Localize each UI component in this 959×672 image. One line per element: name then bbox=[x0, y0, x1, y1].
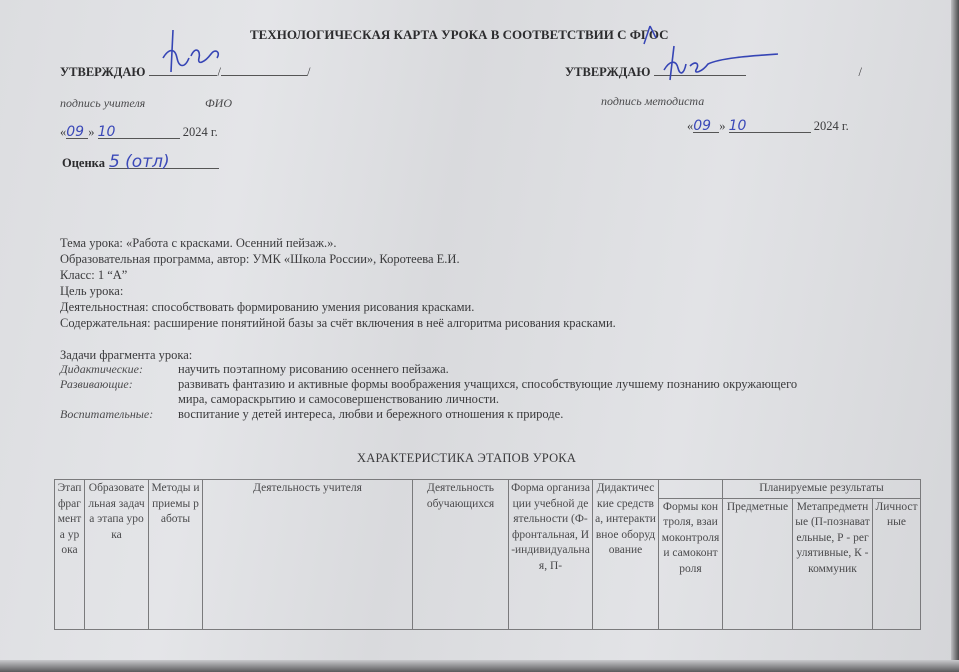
tasks-label: Задачи фрагмента урока: bbox=[60, 347, 192, 363]
methodist-date-month: 10 bbox=[729, 118, 811, 133]
header-subject-results: Предметные bbox=[723, 498, 793, 629]
teacher-approve-label: УТВЕРЖДАЮ bbox=[60, 65, 145, 79]
header-methods: Методы и приемы работы bbox=[149, 480, 203, 630]
header-empty-cell bbox=[659, 480, 723, 499]
teacher-date-day: 09 bbox=[66, 124, 88, 139]
lesson-program: Образовательная программа, автор: УМК «Ш… bbox=[60, 251, 616, 267]
teacher-signature-caption: подпись учителя bbox=[60, 96, 145, 111]
lesson-goal-label: Цель урока: bbox=[60, 283, 616, 299]
task-developing-type: Развивающие: bbox=[60, 377, 133, 392]
teacher-name-line bbox=[221, 63, 307, 76]
task-developing-text-cont: мира, самораскрытию и самосовершенствова… bbox=[178, 392, 499, 407]
header-control-forms: Формы контроля, взаимоконтроля и самокон… bbox=[659, 498, 723, 629]
task-educational-text: воспитание у детей интереса, любви и бер… bbox=[178, 407, 563, 422]
lesson-class: Класс: 1 “А” bbox=[60, 267, 616, 283]
header-stage: Этап фрагмента урока bbox=[55, 480, 85, 630]
header-educational-task: Образовательная задача этапа урока bbox=[85, 480, 149, 630]
lesson-info: Тема урока: «Работа с красками. Осенний … bbox=[60, 235, 616, 331]
header-didactic-means: Дидактические средства, интерактивное об… bbox=[593, 480, 659, 630]
handwritten-mark bbox=[640, 24, 660, 46]
teacher-approval-date: «09» 10 2024 г. bbox=[60, 124, 218, 140]
methodist-approve-label: УТВЕРЖДАЮ bbox=[565, 65, 650, 79]
task-didactic-text: научить поэтапному рисованию осеннего пе… bbox=[178, 362, 449, 377]
lesson-topic: Тема урока: «Работа с красками. Осенний … bbox=[60, 235, 616, 251]
methodist-signature bbox=[660, 44, 780, 84]
header-planned-results: Планируемые результаты bbox=[723, 480, 921, 499]
header-teacher-activity: Деятельность учителя bbox=[203, 480, 413, 630]
lesson-goal-content: Содержательная: расширение понятийной ба… bbox=[60, 315, 616, 331]
teacher-date-year: 2024 г. bbox=[183, 125, 218, 139]
methodist-approval-date: «09» 10 2024 г. bbox=[687, 118, 849, 134]
lesson-stages-table: Этап фрагмента урока Образовательная зад… bbox=[54, 479, 921, 630]
task-didactic-type: Дидактические: bbox=[60, 362, 143, 377]
stages-section-title: ХАРАКТЕРИСТИКА ЭТАПОВ УРОКА bbox=[357, 451, 576, 466]
header-organization-form: Форма организации учебной деятельности (… bbox=[509, 480, 593, 630]
lesson-goal-activity: Деятельностная: способствовать формирова… bbox=[60, 299, 616, 315]
methodist-date-day: 09 bbox=[693, 118, 719, 133]
document-title: ТЕХНОЛОГИЧЕСКАЯ КАРТА УРОКА В СООТВЕТСТВ… bbox=[250, 27, 669, 43]
task-developing-text: развивать фантазию и активные формы вооб… bbox=[178, 377, 797, 392]
teacher-name-caption: ФИО bbox=[205, 96, 232, 111]
grade-label: Оценка bbox=[62, 156, 105, 170]
teacher-signature bbox=[155, 28, 225, 80]
header-personal-results: Личностные bbox=[873, 498, 921, 629]
photo-edge-shadow-bottom bbox=[0, 660, 959, 672]
grade-row: Оценка 5 (отл) bbox=[62, 152, 219, 172]
header-metasubject-results: Метапредметные (П-познавательные, Р - ре… bbox=[793, 498, 873, 629]
methodist-signature-caption: подпись методиста bbox=[601, 94, 704, 109]
teacher-date-month: 10 bbox=[98, 124, 180, 139]
methodist-date-year: 2024 г. bbox=[814, 119, 849, 133]
grade-value: 5 (отл) bbox=[109, 152, 219, 169]
header-student-activity: Деятельность обучающихся bbox=[413, 480, 509, 630]
photo-edge-shadow-right bbox=[951, 0, 959, 672]
task-educational-type: Воспитательные: bbox=[60, 407, 153, 422]
